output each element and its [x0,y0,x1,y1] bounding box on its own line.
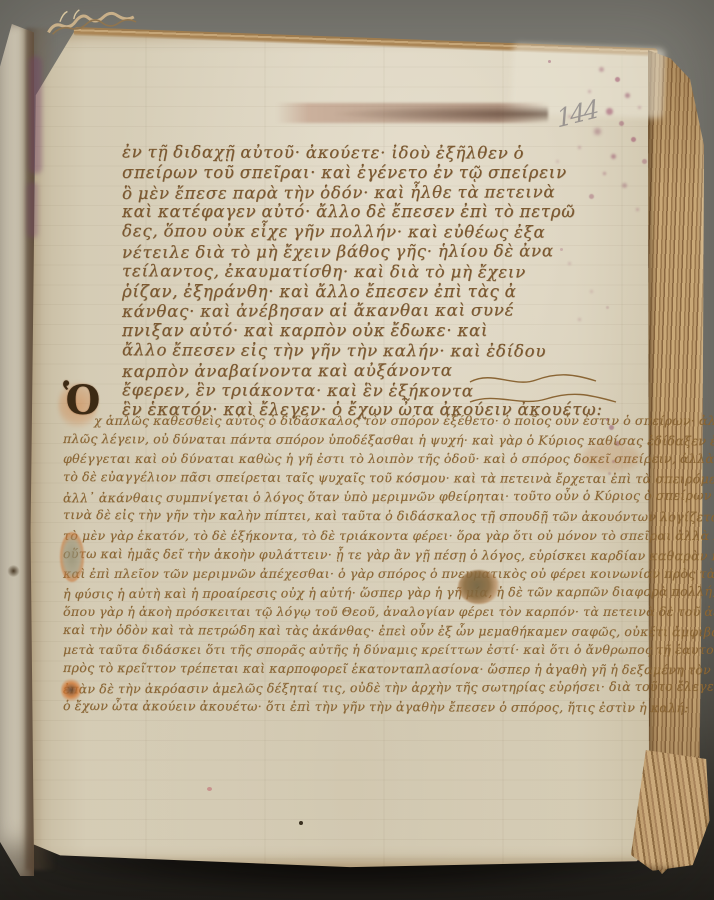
gospel-line: σπείρων τοῦ σπεῖραι· καὶ ἐγένετο ἐν τῷ σ… [122,163,592,183]
commentary-line: καὶ τὴν ὁδὸν καὶ τὰ πετρώδη καὶ τὰς ἀκάν… [63,620,663,641]
speck-gutter-dark [7,565,20,577]
gospel-line: πνιξαν αὐτό· καὶ καρπὸν οὐκ ἔδωκε· καὶ [122,321,592,341]
gospel-line: δες, ὅπου οὐκ εἶχε γῆν πολλήν· καὶ εὐθέω… [122,221,592,242]
commentary-line: ἡ φύσις ἡ αὐτὴ καὶ ἡ προαίρεσις οὐχ ἡ αὐ… [63,582,663,604]
manuscript-photo: 144 Ὁ ἐν τῇ διδαχῇ αὐτοῦ· ἀκούετε· ἰδοὺ … [0,0,714,900]
commentary-line: ὁ ἔχων ὦτα ἀκούειν ἀκουέτω· ὅτι ἐπὶ τὴν … [63,696,663,717]
gospel-line: νέτειλε διὰ τὸ μὴ ἔχειν βάθος γῆς· ἡλίου… [122,241,592,263]
commentary-line: ὅπου γὰρ ἡ ἀκοὴ πρόσκειται τῷ λόγῳ τοῦ Θ… [63,602,663,621]
gospel-line: τείλαντος, ἐκαυματίσθη· καὶ διὰ τὸ μὴ ἔχ… [122,261,592,282]
commentary-line: οὕτω καὶ ἡμᾶς δεῖ τὴν ἀκοὴν φυλάττειν· ᾗ… [63,544,663,565]
gutter-mold-smear-lower [27,182,38,238]
commentary-line: καὶ ἐπὶ πλεῖον τῶν μεριμνῶν ἀπέχεσθαι· ὁ… [63,564,663,583]
gospel-line: ῥίζαν, ἐξηράνθη· καὶ ἄλλο ἔπεσεν ἐπὶ τὰς… [122,282,592,302]
gutter-mold-smear-upper [29,56,42,174]
speck-lower-dark [299,821,303,825]
stain-brown-blotch [458,570,500,604]
speck-lower-pink [207,787,212,791]
commentary-line: χ ἁπλῶς καθεσθεὶς αὐτὸς ὁ διδάσκαλος τὸν… [94,411,663,430]
commentary-line: μετὰ ταῦτα διδάσκει ὅτι τῆς σπορᾶς αὐτῆς… [63,640,663,659]
mold-stain-cluster-top-right [548,60,551,63]
stain-rust-smudge [582,442,640,472]
commentary-line: φθέγγεται καὶ οὐ δύναται καθὼς ἡ γῆ ἐστι… [63,449,663,468]
line-end-flourish [468,372,598,388]
gospel-line: ἐν τῇ διδαχῇ αὐτοῦ· ἀκούετε· ἰδοὺ ἐξῆλθε… [122,142,592,163]
commentary-line: τὸ μὲν γὰρ ἑκατόν, τὸ δὲ ἑξήκοντα, τὸ δὲ… [63,526,663,545]
gospel-line: κάνθας· καὶ ἀνέβησαν αἱ ἄκανθαι καὶ συνέ [122,300,592,322]
line-end-flourish [468,392,618,408]
headband-threads [39,3,151,41]
stain-bottom-left-orange [61,678,81,702]
commentary-line: πλῶς λέγειν, οὐ δύναται πάντα σπόρον ὑπο… [63,429,663,450]
commentary-line: τινὰ δὲ εἰς τὴν γῆν τὴν καλὴν πίπτει, κα… [63,505,663,526]
commentary-text-block: χ ἁπλῶς καθεσθεὶς αὐτὸς ὁ διδάσκαλος τὸν… [63,411,663,717]
faded-rubric-line [276,103,548,123]
gospel-line: ἄλλο ἔπεσεν εἰς τὴν γῆν τὴν καλήν· καὶ ἐ… [122,340,592,361]
stain-left-margin-blotch [60,532,84,582]
gospel-line: καὶ κατέφαγεν αὐτό· ἄλλο δὲ ἔπεσεν ἐπὶ τ… [122,202,592,222]
gospel-line: ὃ μὲν ἔπεσε παρὰ τὴν ὁδόν· καὶ ἦλθε τὰ π… [122,182,592,204]
